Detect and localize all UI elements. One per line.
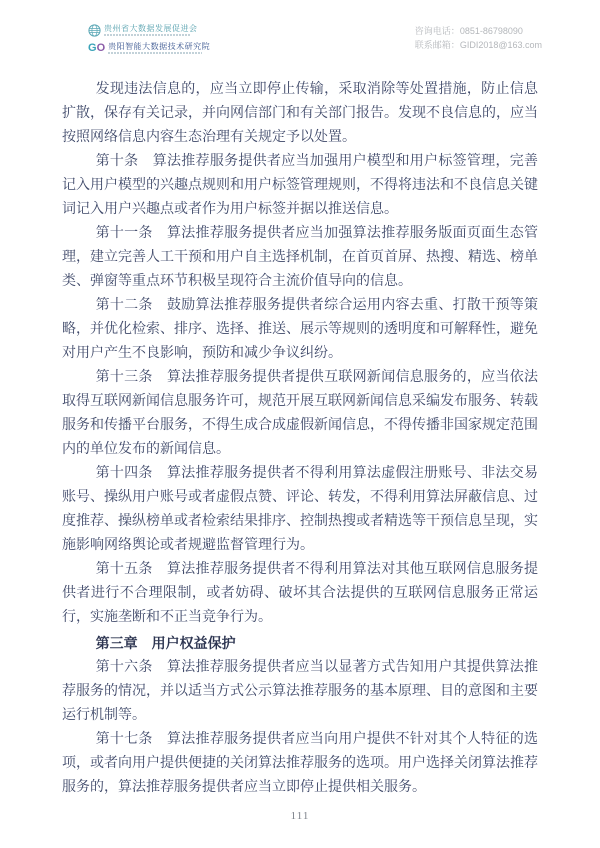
- document-text: 发现违法信息的，应当立即停止传输，采取消除等处置措施，防止信息扩散，保存有关记录…: [62, 78, 538, 800]
- paragraph-article9-cont: 发现违法信息的，应当立即停止传输，采取消除等处置措施，防止信息扩散，保存有关记录…: [62, 78, 538, 150]
- email-address: GIDI2018@163.com: [460, 40, 542, 50]
- document-page: 贵州省大数据发展促进会 GO 贵阳智能大数据技术研究院 咨询电话：0851-86…: [0, 0, 600, 848]
- contact-phone: 咨询电话：0851-86798090: [415, 24, 542, 38]
- globe-logo-icon: [88, 24, 101, 37]
- email-label: 联系邮箱：: [415, 40, 460, 50]
- association-logo: 贵州省大数据发展促进会: [88, 24, 210, 37]
- institute-logo-subtext: [108, 52, 202, 54]
- phone-number: 0851-86798090: [460, 26, 523, 36]
- association-logo-text: 贵州省大数据发展促进会: [104, 24, 198, 33]
- paragraph-article15: 第十五条 算法推荐服务提供者不得利用算法对其他互联网信息服务提供者进行不合理限制…: [62, 558, 538, 630]
- page-number: 111: [0, 810, 600, 822]
- paragraph-article17: 第十七条 算法推荐服务提供者应当向用户提供不针对其个人特征的选项，或者向用户提供…: [62, 728, 538, 800]
- contact-info: 咨询电话：0851-86798090 联系邮箱：GIDI2018@163.com: [415, 24, 542, 55]
- institute-logo-icon: GO: [88, 42, 105, 55]
- institute-logo: GO 贵阳智能大数据技术研究院: [88, 42, 210, 55]
- paragraph-article12: 第十二条 鼓励算法推荐服务提供者综合运用内容去重、打散干预等策略，并优化检索、排…: [62, 294, 538, 366]
- paragraph-article10: 第十条 算法推荐服务提供者应当加强用户模型和用户标签管理，完善记入用户模型的兴趣…: [62, 150, 538, 222]
- paragraph-article14: 第十四条 算法推荐服务提供者不得利用算法虚假注册账号、非法交易账号、操纵用户账号…: [62, 462, 538, 558]
- chapter-heading: 第三章 用户权益保护: [62, 631, 538, 655]
- contact-email: 联系邮箱：GIDI2018@163.com: [415, 38, 542, 52]
- logo-block: 贵州省大数据发展促进会 GO 贵阳智能大数据技术研究院: [88, 24, 210, 55]
- phone-label: 咨询电话：: [415, 26, 460, 36]
- institute-logo-text: 贵阳智能大数据技术研究院: [108, 42, 210, 51]
- paragraph-article11: 第十一条 算法推荐服务提供者应当加强算法推荐服务版面页面生态管理，建立完善人工干…: [62, 222, 538, 294]
- paragraph-article16: 第十六条 算法推荐服务提供者应当以显著方式告知用户其提供算法推荐服务的情况，并以…: [62, 656, 538, 728]
- page-header: 贵州省大数据发展促进会 GO 贵阳智能大数据技术研究院 咨询电话：0851-86…: [0, 24, 600, 55]
- paragraph-article13: 第十三条 算法推荐服务提供者提供互联网新闻信息服务的，应当依法取得互联网新闻信息…: [62, 366, 538, 462]
- association-logo-subtext: [104, 34, 190, 36]
